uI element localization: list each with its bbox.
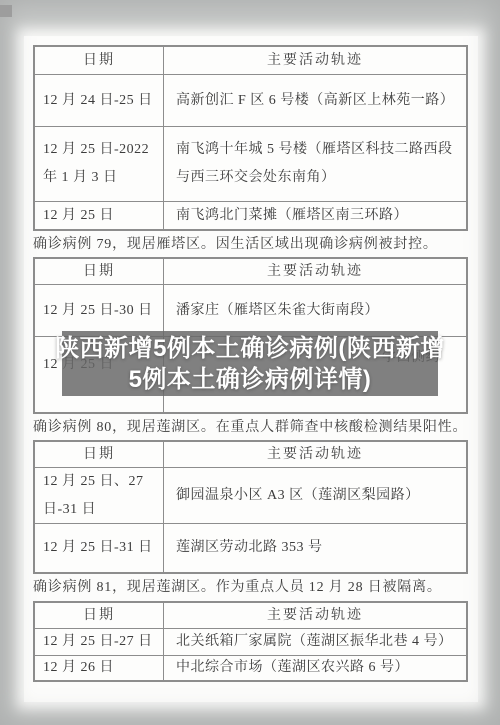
cell-track: 莲湖区劳动北路 353 号 <box>164 524 466 572</box>
watermark-line-2: 5例本土确诊病例详情) <box>129 364 372 395</box>
cell-date: 12 月 25 日-2022 年 1 月 3 日 <box>35 127 164 201</box>
scanned-document-page: { "doc": { "headers": { "date": "日期", "t… <box>0 0 500 725</box>
cell-track: 中北综合市场（莲湖区农兴路 6 号） <box>164 656 466 680</box>
cell-date: 12 月 26 日 <box>35 656 164 680</box>
case-note-80: 确诊病例 80，现居莲湖区。在重点人群筛查中核酸检测结果阳性。 <box>33 418 473 438</box>
cell-date: 12 月 25 日-30 日 <box>35 285 164 336</box>
case-note-79: 确诊病例 79，现居雁塔区。因生活区域出现确诊病例被封控。 <box>33 235 473 255</box>
cell-track: 高新创汇 F 区 6 号楼（高新区上林苑一路） <box>164 75 466 126</box>
cell-date: 12 月 24 日-25 日 <box>35 75 164 126</box>
activity-table-case-81: 日期 主要活动轨迹 12 月 25 日、27 日-31 日 御园温泉小区 A3 … <box>33 440 468 574</box>
col-header-date: 日期 <box>35 442 164 467</box>
cell-date: 12 月 25 日-31 日 <box>35 524 164 572</box>
cell-date: 12 月 25 日-27 日 <box>35 629 164 655</box>
activity-table-case-last: 日期 主要活动轨迹 12 月 25 日-27 日 北关纸箱厂家属院（莲湖区振华北… <box>33 601 468 682</box>
cell-track: 潘家庄（雁塔区朱雀大街南段） <box>164 285 466 336</box>
cell-track: 南飞鸿北门菜摊（雁塔区南三环路） <box>164 202 466 229</box>
cell-date: 12 月 25 日 <box>35 202 164 229</box>
cell-track: 南飞鸿十年城 5 号楼（雁塔区科技二路西段与西三环交会处东南角） <box>164 127 466 201</box>
col-header-track: 主要活动轨迹 <box>164 442 466 467</box>
col-header-track: 主要活动轨迹 <box>164 47 466 74</box>
case-note-81: 确诊病例 81，现居莲湖区。作为重点人员 12 月 28 日被隔离。 <box>33 578 473 598</box>
title-watermark-overlay: 陕西新增5例本土确诊病例(陕西新增 5例本土确诊病例详情) <box>62 331 438 396</box>
cell-track: 御园温泉小区 A3 区（莲湖区梨园路） <box>164 468 466 523</box>
col-header-date: 日期 <box>35 47 164 74</box>
cell-track: 北关纸箱厂家属院（莲湖区振华北巷 4 号） <box>164 629 466 655</box>
watermark-line-1: 陕西新增5例本土确诊病例(陕西新增 <box>55 333 445 364</box>
col-header-track: 主要活动轨迹 <box>164 259 466 284</box>
col-header-date: 日期 <box>35 603 164 628</box>
scan-corner-artifact <box>0 5 12 17</box>
activity-table-case-79: 日期 主要活动轨迹 12 月 24 日-25 日 高新创汇 F 区 6 号楼（高… <box>33 45 468 231</box>
col-header-date: 日期 <box>35 259 164 284</box>
cell-date: 12 月 25 日、27 日-31 日 <box>35 468 164 523</box>
col-header-track: 主要活动轨迹 <box>164 603 466 628</box>
